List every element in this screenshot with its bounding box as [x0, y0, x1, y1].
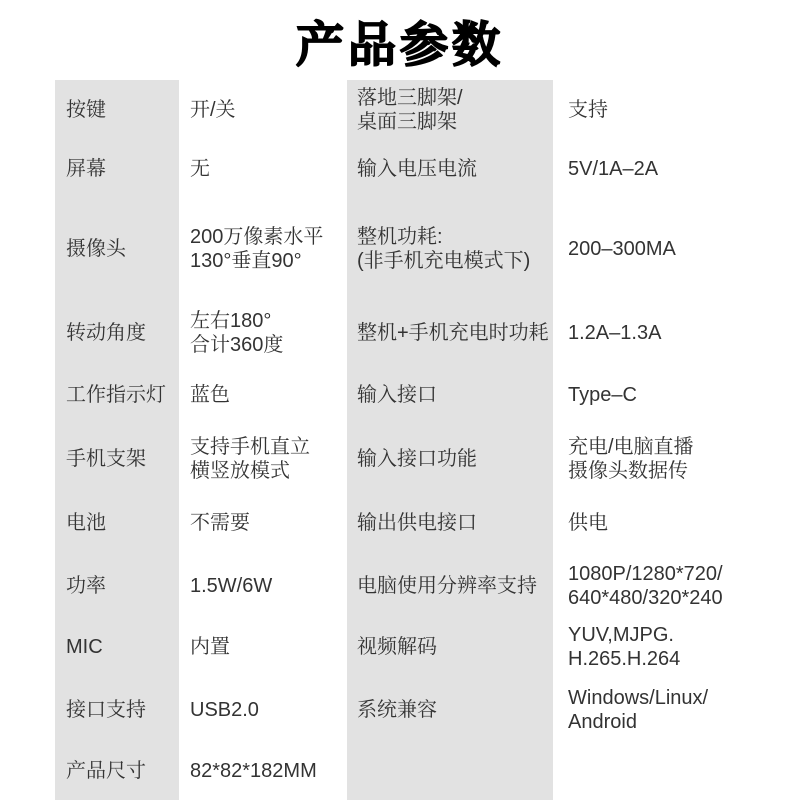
spec-value-cell: 支持手机直立 横竖放模式	[179, 427, 347, 492]
spec-label-cell: 输入接口功能	[347, 427, 553, 492]
spec-label-cell	[347, 743, 553, 800]
spec-value-cell: Type–C	[553, 365, 800, 427]
spec-value-cell: 不需要	[179, 492, 347, 556]
table-row: 工作指示灯 蓝色 输入接口 Type–C	[55, 365, 800, 427]
spec-label-cell: 屏幕	[55, 142, 179, 197]
table-row: MIC 内置 视频解码 YUV,MJPG. H.265.H.264	[55, 618, 800, 678]
table-row: 接口支持 USB2.0 系统兼容 Windows/Linux/ Android	[55, 678, 800, 743]
spec-label-cell: 落地三脚架/ 桌面三脚架	[347, 80, 553, 142]
spec-value-cell: 200–300MA	[553, 197, 800, 302]
spec-label-cell: 产品尺寸	[55, 743, 179, 800]
page-title: 产品参数	[0, 6, 800, 75]
spec-label-cell: 整机功耗: (非手机充电模式下)	[347, 197, 553, 302]
table-row: 手机支架 支持手机直立 横竖放模式 输入接口功能 充电/电脑直播 摄像头数据传	[55, 427, 800, 492]
spec-value-cell: 无	[179, 142, 347, 197]
spec-label-cell: 输出供电接口	[347, 492, 553, 556]
spec-label-cell: 整机+手机充电时功耗	[347, 302, 553, 365]
spec-label-cell: 摄像头	[55, 197, 179, 302]
spec-label-cell: 接口支持	[55, 678, 179, 743]
table-row: 摄像头 200万像素水平 130°垂直90° 整机功耗: (非手机充电模式下) …	[55, 197, 800, 302]
spec-label-cell: 输入接口	[347, 365, 553, 427]
spec-value-cell: 蓝色	[179, 365, 347, 427]
spec-value-cell: 1.5W/6W	[179, 556, 347, 618]
spec-label-cell: 手机支架	[55, 427, 179, 492]
spec-value-cell: 支持	[553, 80, 800, 142]
spec-value-cell: 200万像素水平 130°垂直90°	[179, 197, 347, 302]
spec-value-cell: 左右180° 合计360度	[179, 302, 347, 365]
product-parameters-page: 产品参数 按键 开/关 落地三脚架/ 桌面三脚架 支持 屏幕 无 输入电压电流 …	[0, 0, 800, 800]
table-row: 产品尺寸 82*82*182MM	[55, 743, 800, 800]
spec-value-cell	[553, 743, 800, 800]
spec-label-cell: 按键	[55, 80, 179, 142]
spec-value-cell: USB2.0	[179, 678, 347, 743]
spec-label-cell: 视频解码	[347, 618, 553, 678]
spec-label-cell: 工作指示灯	[55, 365, 179, 427]
spec-value-cell: 充电/电脑直播 摄像头数据传	[553, 427, 800, 492]
spec-value-cell: 开/关	[179, 80, 347, 142]
spec-label-cell: 转动角度	[55, 302, 179, 365]
table-row: 转动角度 左右180° 合计360度 整机+手机充电时功耗 1.2A–1.3A	[55, 302, 800, 365]
spec-label-cell: 功率	[55, 556, 179, 618]
spec-value-cell: 1080P/1280*720/ 640*480/320*240	[553, 556, 800, 618]
table-row: 功率 1.5W/6W 电脑使用分辨率支持 1080P/1280*720/ 640…	[55, 556, 800, 618]
spec-label-cell: 系统兼容	[347, 678, 553, 743]
spec-label-cell: 电池	[55, 492, 179, 556]
spec-value-cell: 供电	[553, 492, 800, 556]
spec-label-cell: 输入电压电流	[347, 142, 553, 197]
spec-value-cell: Windows/Linux/ Android	[553, 678, 800, 743]
spec-value-cell: YUV,MJPG. H.265.H.264	[553, 618, 800, 678]
table-row: 按键 开/关 落地三脚架/ 桌面三脚架 支持	[55, 80, 800, 142]
spec-value-cell: 内置	[179, 618, 347, 678]
spec-table: 按键 开/关 落地三脚架/ 桌面三脚架 支持 屏幕 无 输入电压电流 5V/1A…	[55, 80, 800, 800]
spec-label-cell: 电脑使用分辨率支持	[347, 556, 553, 618]
spec-value-cell: 5V/1A–2A	[553, 142, 800, 197]
table-row: 电池 不需要 输出供电接口 供电	[55, 492, 800, 556]
spec-value-cell: 82*82*182MM	[179, 743, 347, 800]
spec-label-cell: MIC	[55, 618, 179, 678]
table-row: 屏幕 无 输入电压电流 5V/1A–2A	[55, 142, 800, 197]
spec-value-cell: 1.2A–1.3A	[553, 302, 800, 365]
